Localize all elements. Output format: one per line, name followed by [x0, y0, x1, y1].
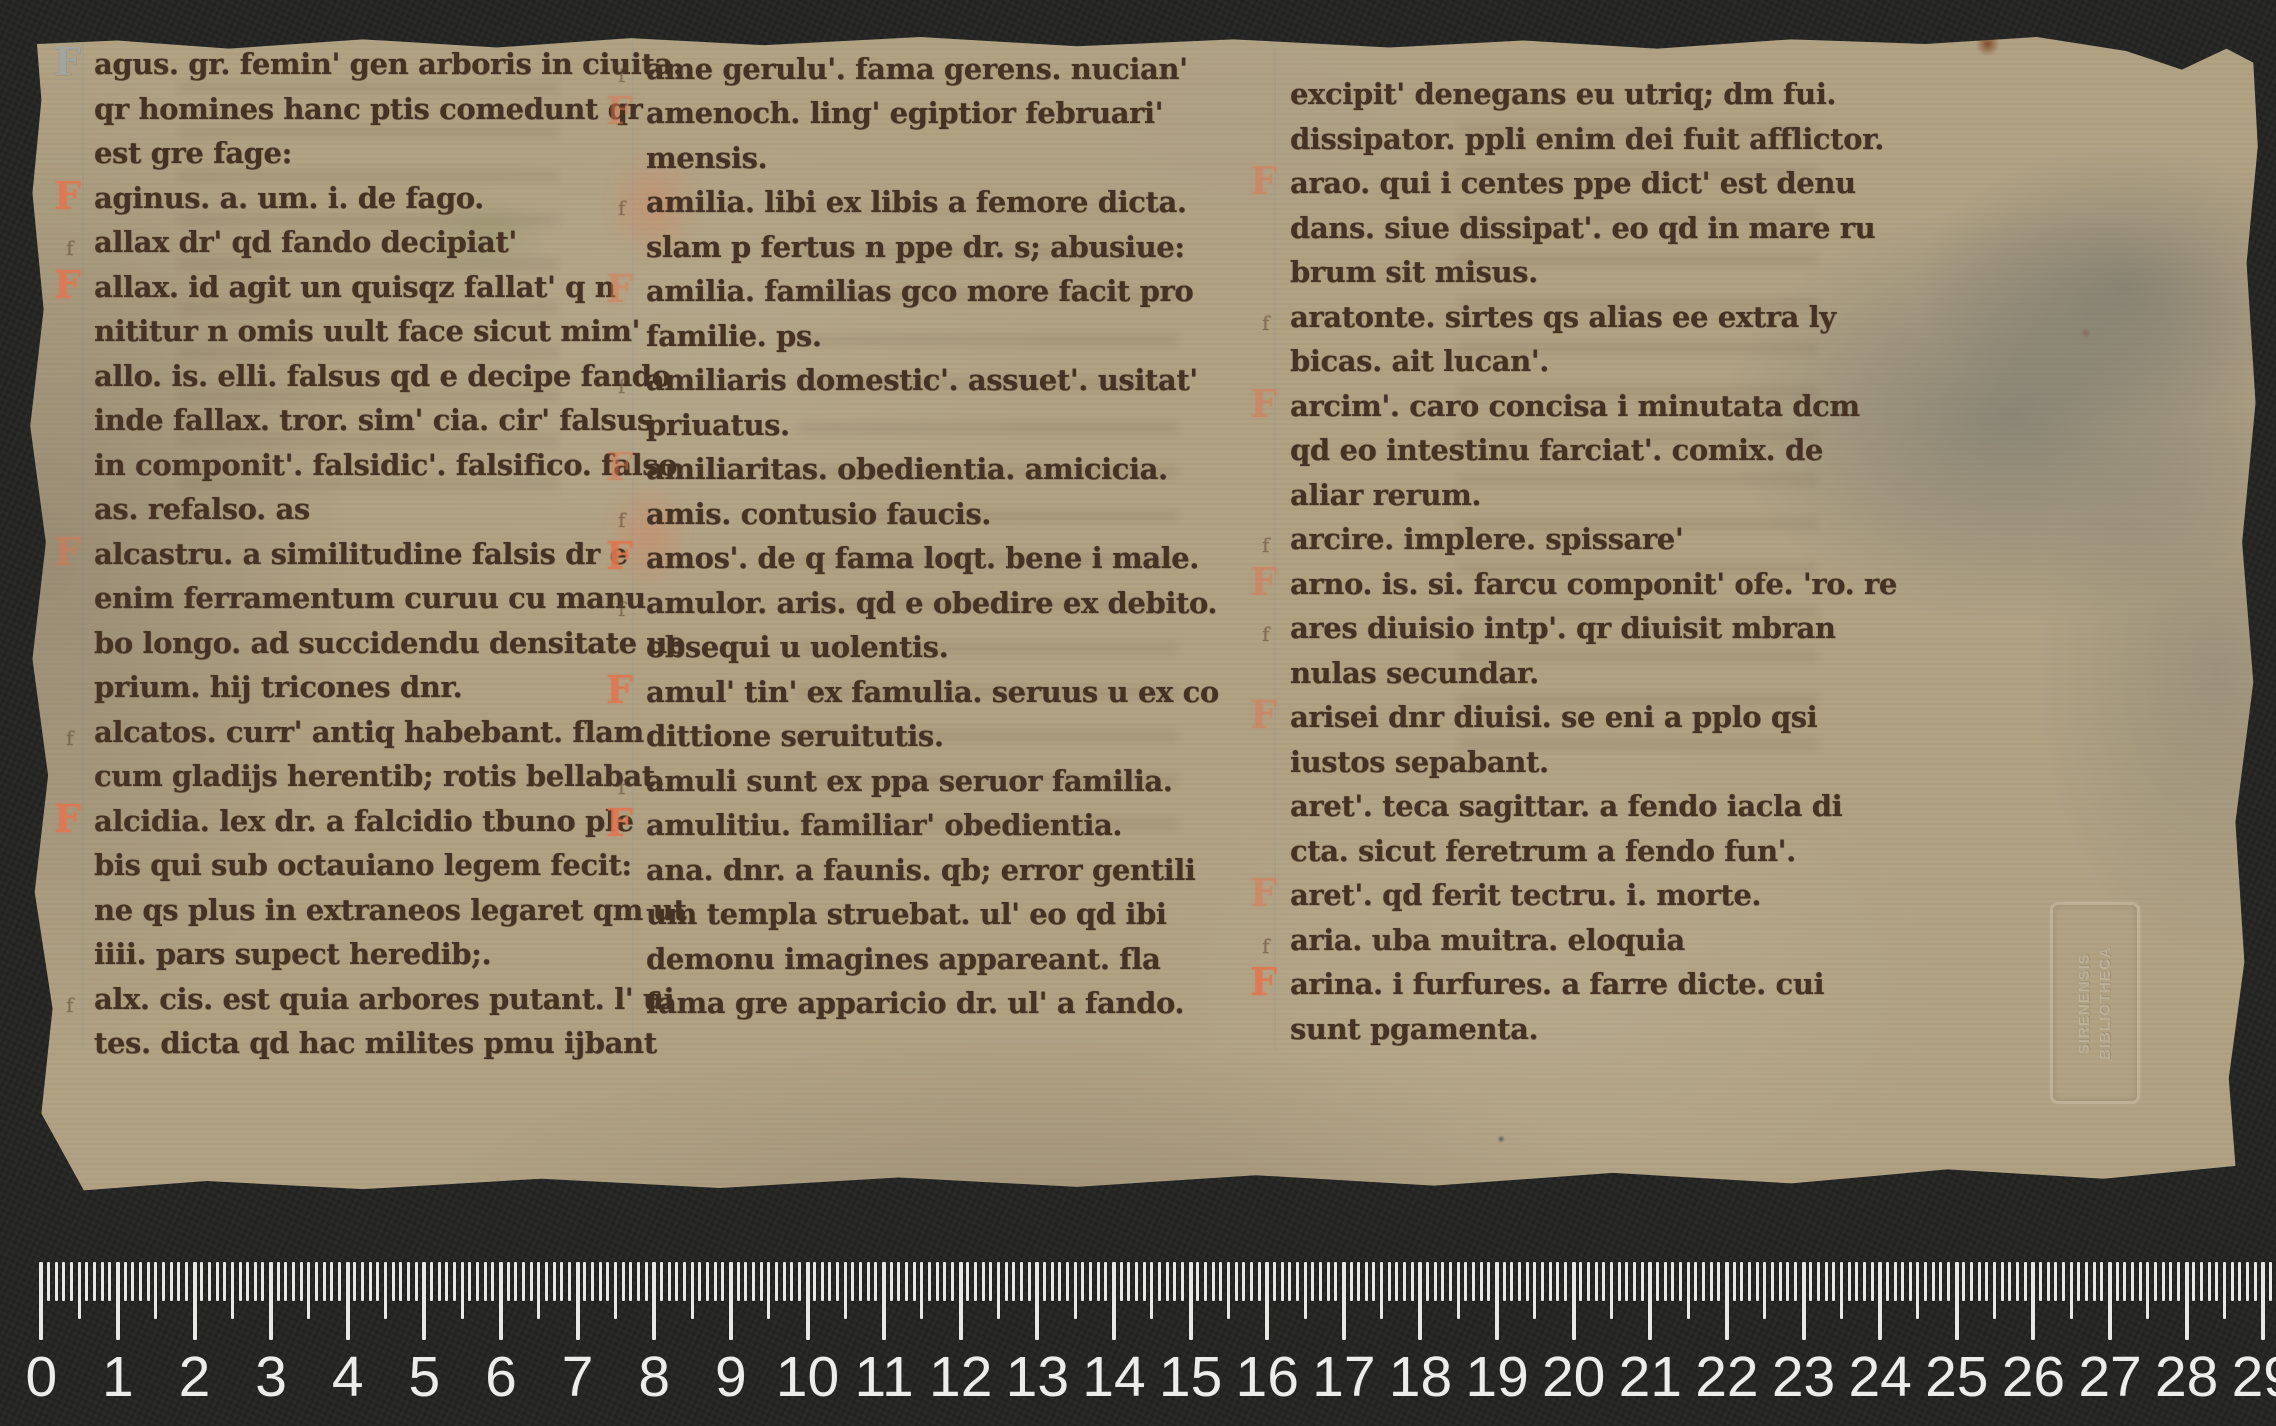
- ruler-number: 29: [2232, 1344, 2276, 1410]
- text-line: fama gre apparicio dr. ul' a fando.: [646, 981, 1219, 1026]
- text-line: cum gladijs herentib; rotis bellabat.: [94, 754, 686, 799]
- ruler-number: 5: [409, 1344, 441, 1410]
- text-line: aret'. teca sagittar. a fendo iacla di: [1290, 784, 1897, 829]
- ruler-tick-mm: [1097, 1262, 1100, 1301]
- text-line: iiii. pars supect heredib;.: [94, 932, 686, 977]
- ruler-tick-mm: [300, 1262, 303, 1301]
- text-line: Familia. familias gco more facit pro: [646, 269, 1219, 314]
- ruler-tick-mm: [139, 1262, 142, 1301]
- ruler-tick-mm: [1579, 1262, 1582, 1301]
- ruler-tick-mm: [1756, 1262, 1759, 1301]
- text-line: in componit'. falsidic'. falsifico. fals…: [94, 443, 686, 488]
- ruler-tick-mm: [721, 1262, 724, 1301]
- ruler-tick-mm: [1664, 1262, 1667, 1301]
- ruler-tick-half: [997, 1262, 1000, 1319]
- ruler-tick-mm: [1273, 1262, 1276, 1301]
- ruler-tick-mm: [2254, 1262, 2257, 1301]
- initial-letter: F: [606, 267, 633, 312]
- ruler-tick-mm: [1012, 1262, 1015, 1301]
- measuring-ruler: 0123456789101112131415161718192021222324…: [0, 1252, 2276, 1426]
- ruler-tick-mm: [1978, 1262, 1981, 1301]
- ruler-tick-mm: [560, 1262, 563, 1301]
- ruler-number: 16: [1236, 1344, 1299, 1410]
- ruler-tick-half: [1533, 1262, 1536, 1319]
- guide-letter: f: [66, 716, 73, 761]
- guide-letter: f: [618, 587, 625, 632]
- ruler-tick-half: [920, 1262, 923, 1319]
- ruler-tick-half: [154, 1262, 157, 1319]
- ruler-tick-mm: [1702, 1262, 1705, 1301]
- ruler-tick-mm: [1372, 1262, 1375, 1301]
- ruler-tick-mm: [1043, 1262, 1046, 1301]
- ruler-tick-mm: [1771, 1262, 1774, 1301]
- ruler-number: 26: [2002, 1344, 2065, 1410]
- ruler-number: 17: [1312, 1344, 1375, 1410]
- ruler-tick-mm: [943, 1262, 946, 1301]
- text-line: familie. ps.: [646, 314, 1219, 359]
- ruler-tick-half: [844, 1262, 847, 1319]
- text-line: um templa struebat. ul' eo qd ibi: [646, 892, 1219, 937]
- text-line: prium. hij tricones dnr.: [94, 665, 686, 710]
- ruler-tick-mm: [407, 1262, 410, 1301]
- ruler-tick-mm: [1357, 1262, 1360, 1301]
- ruler-tick-mm: [1671, 1262, 1674, 1301]
- ruler-tick-mm: [1242, 1262, 1245, 1301]
- ruler-tick-mm: [85, 1262, 88, 1301]
- ruler-tick-mm: [1288, 1262, 1291, 1301]
- ruler-tick-mm: [2177, 1262, 2180, 1301]
- text-line: fallax dr' qd fando decipiat': [94, 220, 686, 265]
- ruler-tick-mm: [124, 1262, 127, 1301]
- ruler-tick-mm: [2039, 1262, 2042, 1301]
- initial-letter: F: [606, 445, 633, 490]
- guide-letter: f: [618, 186, 625, 231]
- ruler-tick-mm: [1204, 1262, 1207, 1301]
- ruler-tick-mm: [867, 1262, 870, 1301]
- ruler-tick-mm: [683, 1262, 686, 1301]
- ruler-tick-mm: [1258, 1262, 1261, 1301]
- text-line: aliar rerum.: [1290, 473, 1897, 518]
- ruler-tick-mm: [1058, 1262, 1061, 1301]
- ruler-tick-mm: [2200, 1262, 2203, 1301]
- ruler-tick-cm: [346, 1262, 350, 1340]
- text-line: dissipator. ppli enim dei fuit afflictor…: [1290, 117, 1897, 162]
- ruler-tick-half: [231, 1262, 234, 1319]
- ruler-tick-half: [1993, 1262, 1996, 1319]
- ruler-tick-mm: [1556, 1262, 1559, 1301]
- ruler-tick-mm: [790, 1262, 793, 1301]
- ruler-tick-mm: [1081, 1262, 1084, 1301]
- ruler-tick-mm: [254, 1262, 257, 1301]
- text-line: excipit' denegans eu utriq; dm fui.: [1290, 72, 1897, 117]
- ruler-tick-cm: [269, 1262, 273, 1340]
- ruler-tick-mm: [1135, 1262, 1138, 1301]
- ruler-number: 19: [1465, 1344, 1528, 1410]
- ruler-tick-cm: [2185, 1262, 2189, 1340]
- ruler-tick-half: [2146, 1262, 2149, 1319]
- ruling-line: [82, 38, 84, 1048]
- ruler-tick-mm: [2162, 1262, 2165, 1301]
- ruler-tick-cm: [1189, 1262, 1193, 1340]
- ruler-tick-mm: [1166, 1262, 1169, 1301]
- ruler-tick-mm: [1219, 1262, 1222, 1301]
- ruler-number: 27: [2078, 1344, 2141, 1410]
- text-line: est gre fage:: [94, 131, 686, 176]
- initial-letter: F: [606, 668, 633, 713]
- ruler-tick-mm: [208, 1262, 211, 1301]
- ruler-tick-mm: [246, 1262, 249, 1301]
- ruler-tick-mm: [2154, 1262, 2157, 1301]
- ruler-tick-mm: [1817, 1262, 1820, 1301]
- ruler-tick-mm: [1518, 1262, 1521, 1301]
- initial-letter: F: [606, 534, 633, 579]
- ruler-tick-mm: [645, 1262, 648, 1301]
- ruler-tick-mm: [622, 1262, 625, 1301]
- ruler-tick-cm: [1802, 1262, 1806, 1340]
- text-line: familia. libi ex libis a femore dicta.: [646, 180, 1219, 225]
- ruler-tick-cm: [1955, 1262, 1959, 1340]
- ruler-tick-mm: [1066, 1262, 1069, 1301]
- ruler-tick-mm: [1855, 1262, 1858, 1301]
- ruler-tick-mm: [1710, 1262, 1713, 1301]
- ruler-tick-mm: [1143, 1262, 1146, 1301]
- text-line: qd eo intestinu farciat'. comix. de: [1290, 428, 1897, 473]
- ruler-tick-cm: [1342, 1262, 1346, 1340]
- ruler-tick-mm: [553, 1262, 556, 1301]
- text-line: as. refalso. as: [94, 487, 686, 532]
- ruler-number: 1: [102, 1344, 134, 1410]
- text-line: obsequi u uolentis.: [646, 625, 1219, 670]
- ruler-tick-mm: [1127, 1262, 1130, 1301]
- ruler-number: 10: [776, 1344, 839, 1410]
- ruler-tick-mm: [1786, 1262, 1789, 1301]
- ruler-tick-mm: [1327, 1262, 1330, 1301]
- ruler-tick-mm: [1510, 1262, 1513, 1301]
- ruler-tick-mm: [1334, 1262, 1337, 1301]
- ruler-tick-mm: [974, 1262, 977, 1301]
- ruler-tick-mm: [2116, 1262, 2119, 1301]
- text-column-1: Fagus. gr. femin' gen arboris in ciuita.…: [94, 42, 686, 1066]
- ruler-tick-mm: [1487, 1262, 1490, 1301]
- text-line: Falcastru. a similitudine falsis dr e: [94, 532, 686, 577]
- text-line: inde fallax. tror. sim' cia. cir' falsus: [94, 398, 686, 443]
- ruler-tick-mm: [1319, 1262, 1322, 1301]
- ruler-tick-mm: [591, 1262, 594, 1301]
- ruler-tick-mm: [522, 1262, 525, 1301]
- ruler-tick-mm: [1472, 1262, 1475, 1301]
- text-line: faratonte. sirtes qs alias ee extra ly: [1290, 295, 1897, 340]
- ruler-tick-mm: [928, 1262, 931, 1301]
- ruler-tick-mm: [545, 1262, 548, 1301]
- ruler-tick-mm: [315, 1262, 318, 1301]
- ruler-tick-mm: [47, 1262, 50, 1301]
- ruler-tick-mm: [62, 1262, 65, 1301]
- ruler-tick-mm: [813, 1262, 816, 1301]
- ruler-tick-mm: [1595, 1262, 1598, 1301]
- ruler-tick-mm: [1962, 1262, 1965, 1301]
- ruler-tick-mm: [2208, 1262, 2211, 1301]
- ruler-tick-mm: [1020, 1262, 1023, 1301]
- text-line: fares diuisio intp'. qr diuisit mbran: [1290, 606, 1897, 651]
- ruler-tick-mm: [353, 1262, 356, 1301]
- ruler-tick-mm: [2001, 1262, 2004, 1301]
- guide-letter: f: [1262, 301, 1269, 346]
- ruler-tick-mm: [583, 1262, 586, 1301]
- ruler-tick-mm: [897, 1262, 900, 1301]
- text-line: Famos'. de q fama loqt. bene i male.: [646, 536, 1219, 581]
- ruler-tick-mm: [1848, 1262, 1851, 1301]
- ruler-tick-half: [1074, 1262, 1077, 1319]
- ruler-number: 11: [855, 1344, 914, 1410]
- ruler-tick-mm: [951, 1262, 954, 1301]
- initial-letter: F: [54, 40, 81, 85]
- ruler-tick-half: [307, 1262, 310, 1319]
- ruler-tick-mm: [1281, 1262, 1284, 1301]
- ruler-tick-mm: [798, 1262, 801, 1301]
- ruler-tick-half: [2223, 1262, 2226, 1319]
- ruler-tick-mm: [1549, 1262, 1552, 1301]
- ruler-tick-mm: [338, 1262, 341, 1301]
- text-line: Farno. is. si. farcu componit' ofe. 'ro.…: [1290, 562, 1897, 607]
- ruler-tick-mm: [399, 1262, 402, 1301]
- ruler-tick-mm: [775, 1262, 778, 1301]
- ruler-tick-half: [1610, 1262, 1613, 1319]
- ruler-tick-mm: [1005, 1262, 1008, 1301]
- ruler-tick-mm: [239, 1262, 242, 1301]
- text-line: Falcidia. lex dr. a falcidio tbuno ple: [94, 799, 686, 844]
- ruler-tick-mm: [1480, 1262, 1483, 1301]
- ruler-tick-mm: [2100, 1262, 2103, 1301]
- ruler-tick-cm: [2108, 1262, 2112, 1340]
- ruler-tick-half: [1150, 1262, 1153, 1319]
- ruler-tick-mm: [2062, 1262, 2065, 1301]
- initial-letter: F: [1250, 560, 1277, 605]
- ruler-tick-mm: [93, 1262, 96, 1301]
- blind-library-stamp: SIRENENSIS BIBLIOTHECA: [2050, 902, 2140, 1104]
- ruler-tick-mm: [874, 1262, 877, 1301]
- text-line: dans. siue dissipat'. eo qd in mare ru: [1290, 206, 1897, 251]
- text-line: Farcim'. caro concisa i minutata dcm: [1290, 384, 1897, 429]
- text-line: falcatos. curr' antiq habebant. flam: [94, 710, 686, 755]
- ruler-tick-mm: [1932, 1262, 1935, 1301]
- ruler-tick-mm: [55, 1262, 58, 1301]
- ruler-tick-mm: [1449, 1262, 1452, 1301]
- ruler-tick-half: [614, 1262, 617, 1319]
- ruler-tick-mm: [162, 1262, 165, 1301]
- ruler-tick-mm: [1694, 1262, 1697, 1301]
- text-line: falx. cis. est quia arbores putant. l' u…: [94, 977, 686, 1022]
- ruler-tick-half: [1457, 1262, 1460, 1319]
- ruler-tick-cm: [1265, 1262, 1269, 1340]
- ruler-tick-mm: [982, 1262, 985, 1301]
- ruler-tick-mm: [1809, 1262, 1812, 1301]
- ruler-tick-mm: [185, 1262, 188, 1301]
- text-line: Fallax. id agit un quisqz fallat' q n: [94, 265, 686, 310]
- text-line: familiaris domestic'. assuet'. usitat': [646, 358, 1219, 403]
- ruler-tick-mm: [1434, 1262, 1437, 1301]
- ruler-tick-mm: [2246, 1262, 2249, 1301]
- ruler-tick-mm: [1740, 1262, 1743, 1301]
- ruler-tick-mm: [1564, 1262, 1567, 1301]
- ruler-tick-mm: [1679, 1262, 1682, 1301]
- ruler-tick-mm: [177, 1262, 180, 1301]
- ruler-tick-mm: [170, 1262, 173, 1301]
- ruler-tick-mm: [2123, 1262, 2126, 1301]
- ruler-tick-mm: [1212, 1262, 1215, 1301]
- ruler-tick-cm: [39, 1262, 43, 1340]
- text-line: Famulitiu. familiar' obedientia.: [646, 803, 1219, 848]
- ruler-tick-cm: [1495, 1262, 1499, 1340]
- ruler-tick-mm: [2192, 1262, 2195, 1301]
- text-line: brum sit misus.: [1290, 250, 1897, 295]
- text-line: enim ferramentum curuu cu manu: [94, 576, 686, 621]
- text-line: dittione seruitutis.: [646, 714, 1219, 759]
- text-line: ne qs plus in extraneos legaret qm ut: [94, 888, 686, 933]
- initial-letter: F: [606, 801, 633, 846]
- initial-letter: F: [1250, 159, 1277, 204]
- ruler-tick-half: [1916, 1262, 1919, 1319]
- text-line: iustos sepabant.: [1290, 740, 1897, 785]
- ruler-tick-mm: [1395, 1262, 1398, 1301]
- ruler-tick-mm: [2024, 1262, 2027, 1301]
- ruler-number: 23: [1772, 1344, 1835, 1410]
- ruler-tick-mm: [2269, 1262, 2272, 1301]
- text-line: farcire. implere. spissare': [1290, 517, 1897, 562]
- ruler-tick-mm: [1656, 1262, 1659, 1301]
- text-column-3: excipit' denegans eu utriq; dm fui.dissi…: [1290, 72, 1897, 1051]
- ruler-number: 28: [2155, 1344, 2218, 1410]
- ruler-tick-mm: [2047, 1262, 2050, 1301]
- initial-letter: F: [54, 530, 81, 575]
- ruler-tick-half: [1227, 1262, 1230, 1319]
- ruler-tick-mm: [2131, 1262, 2134, 1301]
- ruler-tick-mm: [1250, 1262, 1253, 1301]
- ruler-tick-mm: [2169, 1262, 2172, 1301]
- ruler-tick-half: [1687, 1262, 1690, 1319]
- ruler-tick-mm: [1173, 1262, 1176, 1301]
- ruler-tick-cm: [729, 1262, 733, 1340]
- ruler-tick-mm: [760, 1262, 763, 1301]
- ruler-tick-mm: [507, 1262, 510, 1301]
- ruler-tick-mm: [1158, 1262, 1161, 1301]
- initial-letter: F: [1250, 871, 1277, 916]
- ruler-tick-cm: [193, 1262, 197, 1340]
- text-line: faria. uba muitra. eloquia: [1290, 918, 1897, 963]
- ruler-tick-half: [691, 1262, 694, 1319]
- ruler-tick-mm: [1641, 1262, 1644, 1301]
- ruler-tick-mm: [828, 1262, 831, 1301]
- ruler-tick-mm: [200, 1262, 203, 1301]
- text-line: Faginus. a. um. i. de fago.: [94, 176, 686, 221]
- text-line: allo. is. elli. falsus qd e decipe fando: [94, 354, 686, 399]
- ruler-tick-cm: [1418, 1262, 1422, 1340]
- ruler-tick-cm: [652, 1262, 656, 1340]
- ruler-tick-mm: [1441, 1262, 1444, 1301]
- ruler-tick-mm: [752, 1262, 755, 1301]
- ruler-number: 22: [1695, 1344, 1758, 1410]
- ruler-tick-mm: [1350, 1262, 1353, 1301]
- ruler-tick-mm: [369, 1262, 372, 1301]
- ruler-tick-mm: [2215, 1262, 2218, 1301]
- ruler-number: 25: [1925, 1344, 1988, 1410]
- guide-letter: f: [618, 364, 625, 409]
- ruler-tick-mm: [2077, 1262, 2080, 1301]
- ruler-tick-mm: [989, 1262, 992, 1301]
- ruler-tick-mm: [223, 1262, 226, 1301]
- ruler-tick-mm: [2016, 1262, 2019, 1301]
- ruler-tick-mm: [836, 1262, 839, 1301]
- ruler-tick-mm: [737, 1262, 740, 1301]
- ruler-tick-mm: [216, 1262, 219, 1301]
- guide-letter: f: [1262, 612, 1269, 657]
- ruler-tick-mm: [698, 1262, 701, 1301]
- ruler-tick-mm: [599, 1262, 602, 1301]
- ruler-tick-mm: [905, 1262, 908, 1301]
- text-line: Famenoch. ling' egiptior februari': [646, 91, 1219, 136]
- ruler-tick-mm: [1794, 1262, 1797, 1301]
- text-line: tes. dicta qd hac milites pmu ijbant: [94, 1021, 686, 1066]
- ruler-tick-mm: [1832, 1262, 1835, 1301]
- ruler-number: 18: [1389, 1344, 1452, 1410]
- ruler-tick-mm: [1296, 1262, 1299, 1301]
- ruler-tick-mm: [101, 1262, 104, 1301]
- ruler-tick-mm: [1863, 1262, 1866, 1301]
- ruler-tick-cm: [499, 1262, 503, 1340]
- ruler-tick-cm: [116, 1262, 120, 1340]
- photo-stage: Fagus. gr. femin' gen arboris in ciuita.…: [0, 0, 2276, 1426]
- ruler-tick-mm: [890, 1262, 893, 1301]
- text-line: fame gerulu'. fama gerens. nucian': [646, 47, 1219, 92]
- ruler-tick-mm: [530, 1262, 533, 1301]
- ruler-tick-mm: [1365, 1262, 1368, 1301]
- ruler-tick-mm: [675, 1262, 678, 1301]
- ruler-tick-mm: [1028, 1262, 1031, 1301]
- text-line: famulor. aris. qd e obedire ex debito.: [646, 581, 1219, 626]
- ruler-number: 4: [332, 1344, 364, 1410]
- ruler-tick-mm: [1235, 1262, 1238, 1301]
- ruler-tick-mm: [453, 1262, 456, 1301]
- ruler-tick-mm: [1089, 1262, 1092, 1301]
- ruler-tick-cm: [2261, 1262, 2265, 1340]
- ruler-tick-mm: [1939, 1262, 1942, 1301]
- ruler-tick-mm: [445, 1262, 448, 1301]
- text-line: qr homines hanc ptis comedunt qr: [94, 87, 686, 132]
- ruler-tick-half: [767, 1262, 770, 1319]
- ruler-tick-mm: [1541, 1262, 1544, 1301]
- ruler-tick-mm: [415, 1262, 418, 1301]
- text-line: Farisei dnr diuisi. se eni a pplo qsi: [1290, 695, 1897, 740]
- text-line: famis. contusio faucis.: [646, 492, 1219, 537]
- ruler-tick-cm: [1035, 1262, 1039, 1340]
- ruler-tick-mm: [1909, 1262, 1912, 1301]
- ruler-tick-mm: [706, 1262, 709, 1301]
- ruler-number: 9: [715, 1344, 747, 1410]
- ruler-tick-mm: [1526, 1262, 1529, 1301]
- ruler-tick-mm: [637, 1262, 640, 1301]
- ruler-tick-mm: [1388, 1262, 1391, 1301]
- ruler-tick-mm: [147, 1262, 150, 1301]
- ruler-number: 13: [1006, 1344, 1069, 1410]
- ruler-tick-half: [384, 1262, 387, 1319]
- initial-letter: F: [1250, 960, 1277, 1005]
- text-line: nulas secundar.: [1290, 651, 1897, 696]
- ruler-tick-cm: [1878, 1262, 1882, 1340]
- ruler-tick-mm: [376, 1262, 379, 1301]
- ruler-tick-half: [1380, 1262, 1383, 1319]
- ruler-tick-mm: [1104, 1262, 1107, 1301]
- ruler-tick-mm: [1625, 1262, 1628, 1301]
- ruler-tick-mm: [2238, 1262, 2241, 1301]
